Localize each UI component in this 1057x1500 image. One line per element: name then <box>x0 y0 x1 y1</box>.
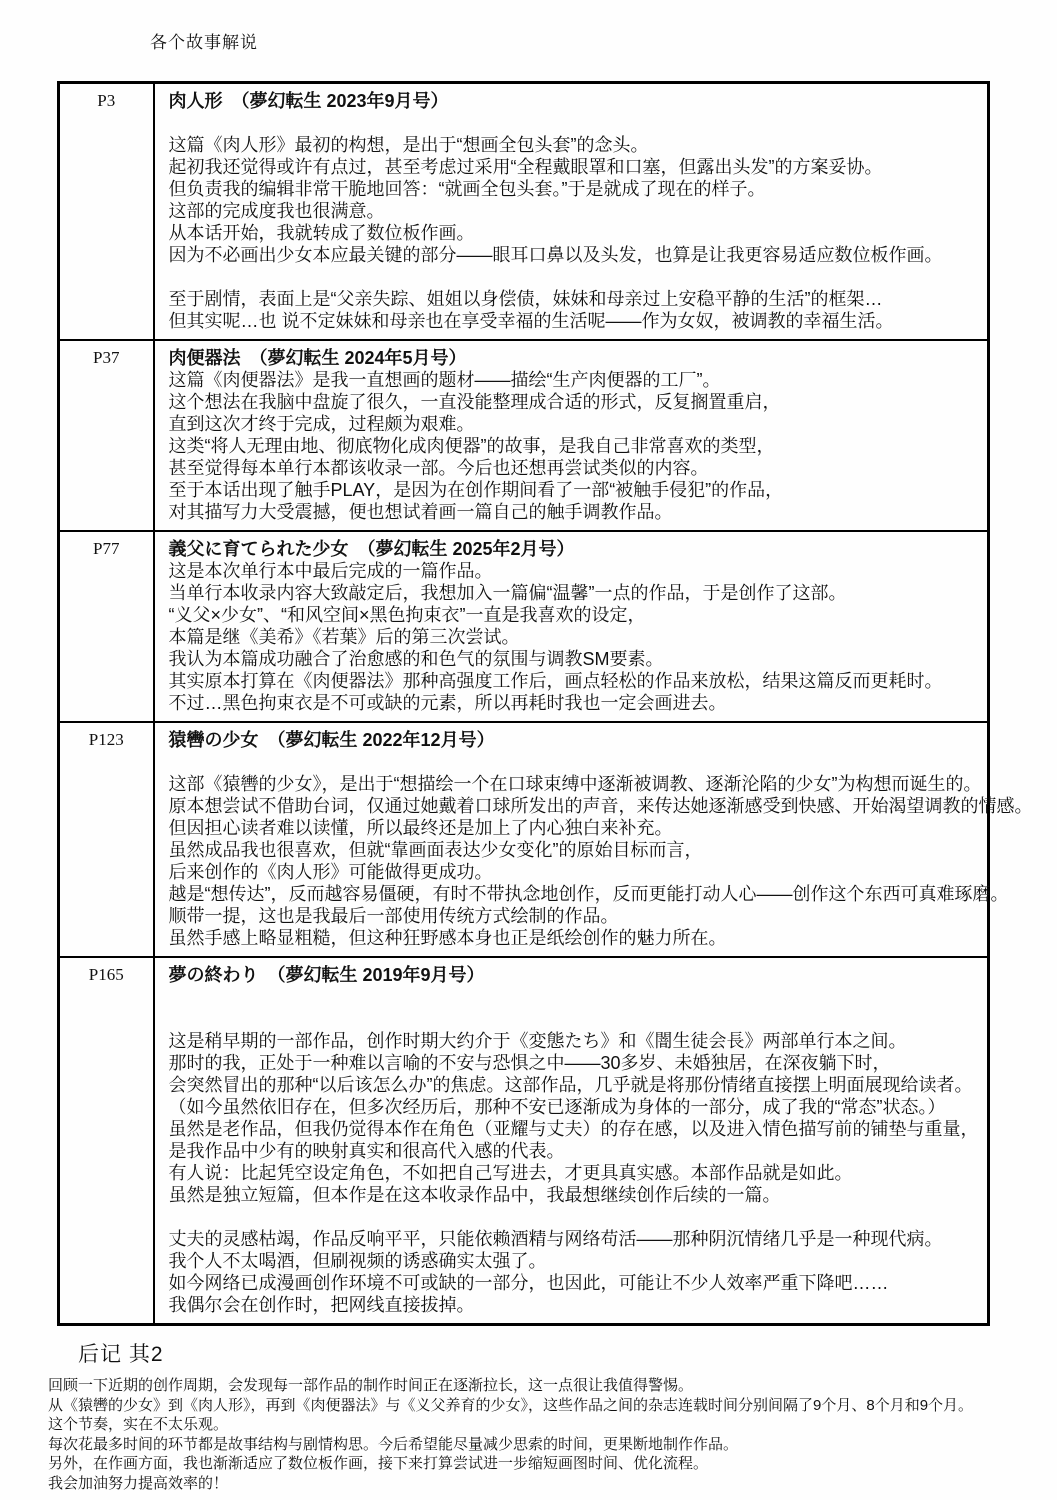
story-line: 但负责我的编辑非常干脆地回答：“就画全包头套。”于是就成了现在的样子。 <box>169 178 978 200</box>
story-line: （如今虽然依旧存在，但多次经历后，那种不安已逐渐成为身体的一部分，成了我的“常态… <box>169 1096 978 1118</box>
story-body: 这篇《肉人形》最初的构想，是出于“想画全包头套”的念头。起初我还觉得或许有点过，… <box>169 112 978 332</box>
story-body: 这是本次单行本中最后完成的一篇作品。当单行本收录内容大致敲定后，我想加入一篇偏“… <box>169 560 978 714</box>
story-page-number: P3 <box>59 83 154 341</box>
story-body: 这是稍早期的一部作品，创作时期大约介于《変態たち》和《闇生徒会長》两部单行本之间… <box>169 986 978 1316</box>
story-line: 直到这次才终于完成，过程颇为艰难。 <box>169 413 978 435</box>
story-line: 其实原本打算在《肉便器法》那种高强度工作后，画点轻松的作品来放松，结果这篇反而更… <box>169 670 978 692</box>
story-page-number: P123 <box>59 722 154 957</box>
afterword-line: 回顾一下近期的创作周期，会发现每一部作品的制作时间正在逐渐拉长，这一点很让我值得… <box>48 1376 1050 1396</box>
afterword-section: 后记 其2 回顾一下近期的创作周期，会发现每一部作品的制作时间正在逐渐拉长，这一… <box>48 1338 1050 1493</box>
story-row: P37 肉便器法 （夢幻転生 2024年5月号） 这篇《肉便器法》是我一直想画的… <box>59 340 989 531</box>
story-line: 我偶尔会在创作时，把网线直接拔掉。 <box>169 1294 978 1316</box>
story-line: 当单行本收录内容大致敲定后，我想加入一篇偏“温馨”一点的作品，于是创作了这部。 <box>169 582 978 604</box>
story-line: 顺带一提，这也是我最后一部使用传统方式绘制的作品。 <box>169 905 978 927</box>
story-line: 因为不必画出少女本应最关键的部分——眼耳口鼻以及头发，也算是让我更容易适应数位板… <box>169 244 978 266</box>
story-line <box>169 751 978 773</box>
story-line: 这是本次单行本中最后完成的一篇作品。 <box>169 560 978 582</box>
story-line: 这个想法在我脑中盘旋了很久，一直没能整理成合适的形式，反复搁置重启， <box>169 391 978 413</box>
story-body: 这篇《肉便器法》是我一直想画的题材——描绘“生产肉便器的工厂”。这个想法在我脑中… <box>169 369 978 523</box>
story-line: 这篇《肉人形》最初的构想，是出于“想画全包头套”的念头。 <box>169 134 978 156</box>
story-line: 后来创作的《肉人形》可能做得更成功。 <box>169 861 978 883</box>
story-line: 虽然成品我也很喜欢，但就“靠画面表达少女变化”的原始目标而言， <box>169 839 978 861</box>
afterword-line: 我会加油努力提高效率的！ <box>48 1474 1050 1494</box>
story-title: 肉便器法 （夢幻転生 2024年5月号） <box>169 347 978 369</box>
story-line: 甚至觉得每本单行本都该收录一部。今后也还想再尝试类似的内容。 <box>169 457 978 479</box>
afterword-line: 另外，在作画方面，我也渐渐适应了数位板作画，接下来打算尝试进一步缩短画图时间、优… <box>48 1454 1050 1474</box>
story-row: P77 義父に育てられた少女 （夢幻転生 2025年2月号） 这是本次单行本中最… <box>59 531 989 722</box>
story-line: 不过…黑色拘束衣是不可或缺的元素，所以再耗时我也一定会画进去。 <box>169 692 978 714</box>
story-content-cell: 夢の終わり （夢幻転生 2019年9月号） 这是稍早期的一部作品，创作时期大约介… <box>154 957 989 1325</box>
story-page-number: P77 <box>59 531 154 722</box>
story-content-cell: 義父に育てられた少女 （夢幻転生 2025年2月号） 这是本次单行本中最后完成的… <box>154 531 989 722</box>
story-line: 这部《猿轡的少女》，是出于“想描绘一个在口球束缚中逐渐被调教、逐渐沦陷的少女”为… <box>169 773 978 795</box>
story-line: 至于剧情，表面上是“父亲失踪、姐姐以身偿债，妹妹和母亲过上安稳平静的生活”的框架… <box>169 288 978 310</box>
document-page: 各个故事解说 P3 肉人形 （夢幻転生 2023年9月号） 这篇《肉人形》最初的… <box>0 0 1057 1500</box>
story-line: 是我作品中少有的映射真实和很高代入感的代表。 <box>169 1140 978 1162</box>
story-line: 虽然是老作品，但我仍觉得本作在角色（亚耀与丈夫）的存在感，以及进入情色描写前的铺… <box>169 1118 978 1140</box>
story-line: 我个人不太喝酒，但刷视频的诱惑确实太强了。 <box>169 1250 978 1272</box>
story-line: 虽然是独立短篇，但本作是在这本收录作品中，我最想继续创作后续的一篇。 <box>169 1184 978 1206</box>
story-line: 对其描写力大受震撼，便也想试着画一篇自己的触手调教作品。 <box>169 501 978 523</box>
story-line <box>169 1008 978 1030</box>
story-line: 这部的完成度我也很满意。 <box>169 200 978 222</box>
story-line: 越是“想传达”，反而越容易僵硬，有时不带执念地创作，反而更能打动人心——创作这个… <box>169 883 978 905</box>
afterword-text: 回顾一下近期的创作周期，会发现每一部作品的制作时间正在逐渐拉长，这一点很让我值得… <box>48 1376 1050 1493</box>
story-line: 有人说：比起凭空设定角色，不如把自己写进去，才更具真实感。本部作品就是如此。 <box>169 1162 978 1184</box>
story-line: 我认为本篇成功融合了治愈感的和色气的氛围与调教SM要素。 <box>169 648 978 670</box>
story-line: 虽然手感上略显粗糙，但这种狂野感本身也正是纸绘创作的魅力所在。 <box>169 927 978 949</box>
story-line: 如今网络已成漫画创作环境不可或缺的一部分，也因此，可能让不少人效率严重下降吧…… <box>169 1272 978 1294</box>
story-line: 会突然冒出的那种“以后该怎么办”的焦虑。这部作品，几乎就是将那份情绪直接摆上明面… <box>169 1074 978 1096</box>
story-row: P165 夢の終わり （夢幻転生 2019年9月号） 这是稍早期的一部作品，创作… <box>59 957 989 1325</box>
story-content-cell: 肉人形 （夢幻転生 2023年9月号） 这篇《肉人形》最初的构想，是出于“想画全… <box>154 83 989 341</box>
story-body: 这部《猿轡的少女》，是出于“想描绘一个在口球束缚中逐渐被调教、逐渐沦陷的少女”为… <box>169 751 978 949</box>
story-title: 猿轡の少女 （夢幻転生 2022年12月号） <box>169 729 978 751</box>
story-line: 本篇是继《美希》《若葉》后的第三次尝试。 <box>169 626 978 648</box>
afterword-line: 这个节奏，实在不太乐观。 <box>48 1415 1050 1435</box>
story-row: P123 猿轡の少女 （夢幻転生 2022年12月号） 这部《猿轡的少女》，是出… <box>59 722 989 957</box>
story-page-number: P165 <box>59 957 154 1325</box>
story-content-cell: 肉便器法 （夢幻転生 2024年5月号） 这篇《肉便器法》是我一直想画的题材——… <box>154 340 989 531</box>
story-line: 但因担心读者难以读懂，所以最终还是加上了内心独白来补充。 <box>169 817 978 839</box>
story-line: 这类“将人无理由地、彻底物化成肉便器”的故事，是我自己非常喜欢的类型， <box>169 435 978 457</box>
story-line <box>169 112 978 134</box>
afterword-line: 每次花最多时间的环节都是故事结构与剧情构思。今后希望能尽量减少思索的时间，更果断… <box>48 1435 1050 1455</box>
story-title: 肉人形 （夢幻転生 2023年9月号） <box>169 90 978 112</box>
story-line: 起初我还觉得或许有点过，甚至考虑过采用“全程戴眼罩和口塞，但露出头发”的方案妥协… <box>169 156 978 178</box>
stories-table: P3 肉人形 （夢幻転生 2023年9月号） 这篇《肉人形》最初的构想，是出于“… <box>57 81 990 1326</box>
story-line: 至于本话出现了触手PLAY，是因为在创作期间看了一部“被触手侵犯”的作品， <box>169 479 978 501</box>
story-line <box>169 266 978 288</box>
page-title: 各个故事解说 <box>150 28 1057 53</box>
story-title: 義父に育てられた少女 （夢幻転生 2025年2月号） <box>169 538 978 560</box>
story-title: 夢の終わり （夢幻転生 2019年9月号） <box>169 964 978 986</box>
story-line: 但其实呢…也 说不定妹妹和母亲也在享受幸福的生活呢——作为女奴，被调教的幸福生活… <box>169 310 978 332</box>
story-line: 那时的我，正处于一种难以言喻的不安与恐惧之中——30多岁、未婚独居，在深夜躺下时… <box>169 1052 978 1074</box>
stories-table-body: P3 肉人形 （夢幻転生 2023年9月号） 这篇《肉人形》最初的构想，是出于“… <box>59 83 989 1325</box>
story-line <box>169 986 978 1008</box>
afterword-heading: 后记 其2 <box>78 1338 1050 1368</box>
story-line: 从本话开始，我就转成了数位板作画。 <box>169 222 978 244</box>
story-line: 原本想尝试不借助台词，仅通过她戴着口球所发出的声音，来传达她逐渐感受到快感、开始… <box>169 795 978 817</box>
story-line <box>169 1206 978 1228</box>
story-line: 丈夫的灵感枯竭，作品反响平平，只能依赖酒精与网络苟活——那种阴沉情绪几乎是一种现… <box>169 1228 978 1250</box>
story-page-number: P37 <box>59 340 154 531</box>
afterword-line: 从《猿轡的少女》到《肉人形》，再到《肉便器法》与《义父养育的少女》，这些作品之间… <box>48 1396 1050 1416</box>
story-line: “义父×少女”、“和风空间×黑色拘束衣”一直是我喜欢的设定， <box>169 604 978 626</box>
story-row: P3 肉人形 （夢幻転生 2023年9月号） 这篇《肉人形》最初的构想，是出于“… <box>59 83 989 341</box>
story-line: 这是稍早期的一部作品，创作时期大约介于《変態たち》和《闇生徒会長》两部单行本之间… <box>169 1030 978 1052</box>
story-line: 这篇《肉便器法》是我一直想画的题材——描绘“生产肉便器的工厂”。 <box>169 369 978 391</box>
story-content-cell: 猿轡の少女 （夢幻転生 2022年12月号） 这部《猿轡的少女》，是出于“想描绘… <box>154 722 989 957</box>
